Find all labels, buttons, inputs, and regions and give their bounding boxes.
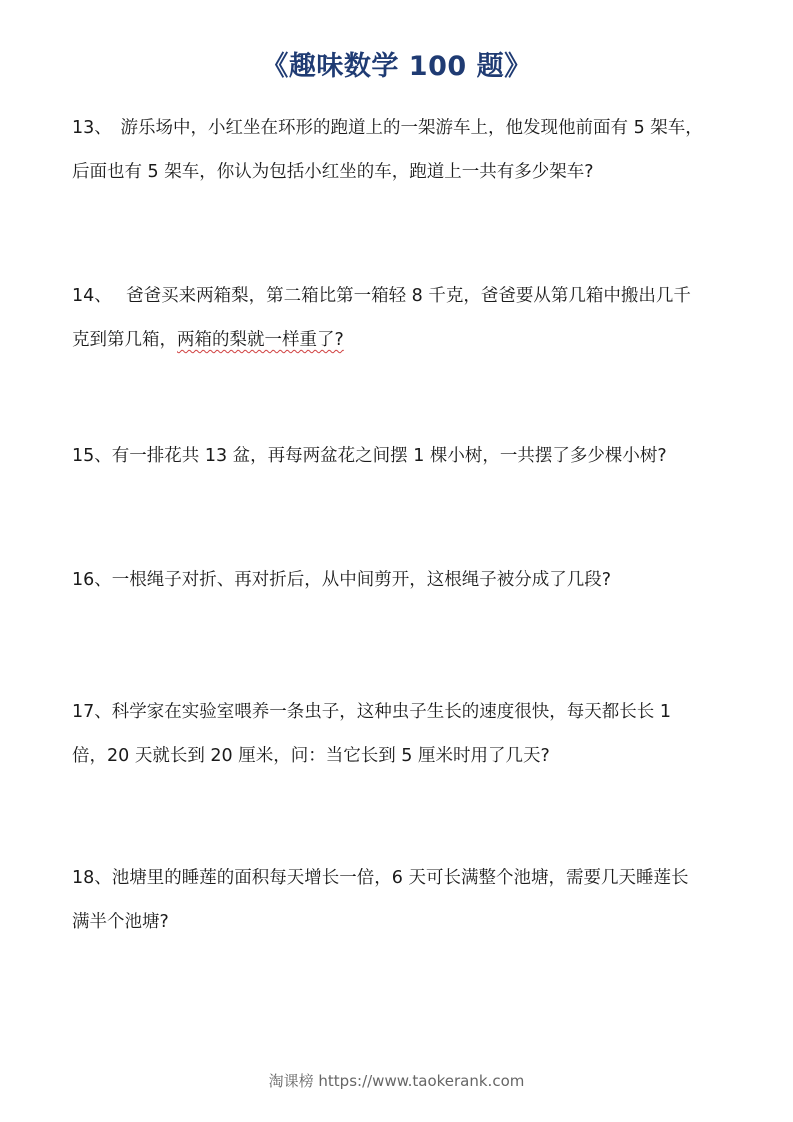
question-18: 18、池塘里的睡莲的面积每天增长一倍，6 天可长满整个池塘，需要几天睡莲长 满半… xyxy=(72,856,727,944)
document-title: 《趣味数学 100 题》 xyxy=(0,44,793,83)
question-text-line: 克到第几箱，两箱的梨就一样重了? xyxy=(72,318,727,362)
spellcheck-underlined-text: 两箱的梨就一样重了? xyxy=(177,330,344,350)
question-17: 17、科学家在实验室喂养一条虫子，这种虫子生长的速度很快，每天都长长 1 倍，2… xyxy=(72,690,727,778)
question-text-line: 倍，20 天就长到 20 厘米，问：当它长到 5 厘米时用了几天? xyxy=(72,734,727,778)
question-text-line: 13、 游乐场中，小红坐在环形的跑道上的一架游车上，他发现他前面有 5 架车， xyxy=(72,106,727,150)
question-text-line: 17、科学家在实验室喂养一条虫子，这种虫子生长的速度很快，每天都长长 1 xyxy=(72,690,727,734)
question-15: 15、有一排花共 13 盆，再每两盆花之间摆 1 棵小树，一共摆了多少棵小树? xyxy=(72,434,727,478)
question-16: 16、一根绳子对折、再对折后，从中间剪开，这根绳子被分成了几段? xyxy=(72,558,727,602)
question-text-line: 16、一根绳子对折、再对折后，从中间剪开，这根绳子被分成了几段? xyxy=(72,558,727,602)
question-text-line: 后面也有 5 架车，你认为包括小红坐的车，跑道上一共有多少架车? xyxy=(72,150,727,194)
question-13: 13、 游乐场中，小红坐在环形的跑道上的一架游车上，他发现他前面有 5 架车， … xyxy=(72,106,727,194)
question-text-line: 14、 爸爸买来两箱梨，第二箱比第一箱轻 8 千克，爸爸要从第几箱中搬出几千 xyxy=(72,274,727,318)
question-text-line: 18、池塘里的睡莲的面积每天增长一倍，6 天可长满整个池塘，需要几天睡莲长 xyxy=(72,856,727,900)
question-14: 14、 爸爸买来两箱梨，第二箱比第一箱轻 8 千克，爸爸要从第几箱中搬出几千 克… xyxy=(72,274,727,362)
question-text-plain: 克到第几箱， xyxy=(72,330,177,350)
question-text-line: 满半个池塘? xyxy=(72,900,727,944)
footer-watermark: 淘课榜 https://www.taokerank.com xyxy=(0,1070,793,1091)
question-text-line: 15、有一排花共 13 盆，再每两盆花之间摆 1 棵小树，一共摆了多少棵小树? xyxy=(72,434,727,478)
